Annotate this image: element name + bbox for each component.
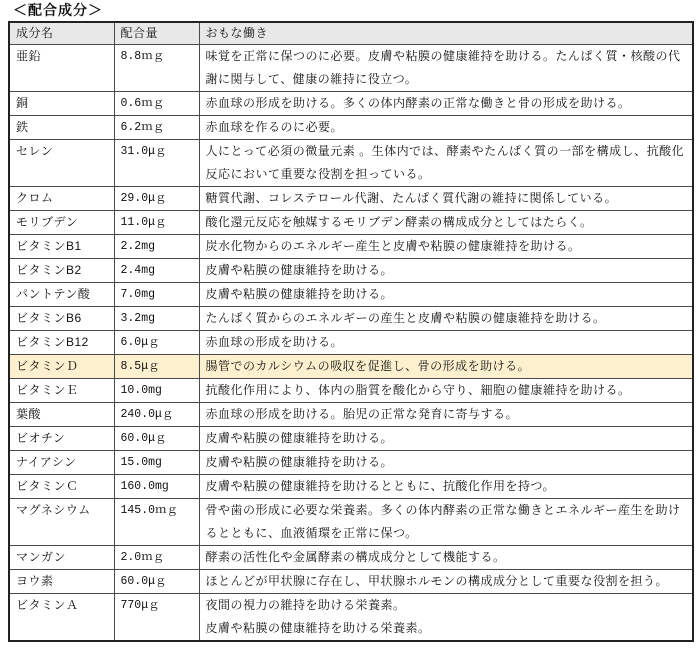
ingredient-name: 銅 (9, 92, 114, 116)
ingredient-function: 味覚を正常に保つのに必要。皮膚や粘膜の健康維持を助ける。たんぱく質・核酸の代謝に… (199, 45, 693, 92)
ingredient-name: 亜鉛 (9, 45, 114, 92)
table-row: マンガン 2.0ｍｇ 酵素の活性化や金属酵素の構成成分として機能する。 (9, 546, 693, 570)
ingredient-name: パントテン酸 (9, 283, 114, 307)
ingredient-name: クロム (9, 187, 114, 211)
ingredient-function: 酸化還元反応を触媒するモリブデン酵素の構成成分としてはたらく。 (199, 211, 693, 235)
ingredient-name: モリブデン (9, 211, 114, 235)
ingredient-amount: 6.2ｍｇ (114, 116, 199, 140)
ingredient-amount: 8.5μｇ (114, 355, 199, 379)
ingredient-amount: 6.0μｇ (114, 331, 199, 355)
table-row: セレン 31.0μｇ 人にとって必須の微量元素 。生体内では、酵素やたんぱく質の… (9, 140, 693, 187)
table-row: ビタミンＥ 10.0mg 抗酸化作用により、体内の脂質を酸化から守り、細胞の健康… (9, 379, 693, 403)
table-row: ビタミンＤ 8.5μｇ 腸管でのカルシウムの吸収を促進し、骨の形成を助ける。 (9, 355, 693, 379)
ingredient-amount: 11.0μｇ (114, 211, 199, 235)
ingredient-amount: 31.0μｇ (114, 140, 199, 187)
table-row: パントテン酸 7.0mg 皮膚や粘膜の健康維持を助ける。 (9, 283, 693, 307)
col-header-amount: 配合量 (114, 22, 199, 45)
col-header-ingredient-name: 成分名 (9, 22, 114, 45)
ingredient-name: ヨウ素 (9, 570, 114, 594)
ingredient-function: 骨や歯の形成に必要な栄養素。多くの体内酵素の正常な働きとエネルギー産生を助けると… (199, 499, 693, 546)
ingredient-amount: 3.2mg (114, 307, 199, 331)
ingredient-function: 糖質代謝、コレステロール代謝、たんぱく質代謝の維持に関係している。 (199, 187, 693, 211)
ingredient-name: ビタミンB6 (9, 307, 114, 331)
ingredient-name: マンガン (9, 546, 114, 570)
ingredient-name: ビタミンＣ (9, 475, 114, 499)
table-row: 鉄 6.2ｍｇ 赤血球を作るのに必要。 (9, 116, 693, 140)
ingredient-function: 皮膚や粘膜の健康維持を助ける。 (199, 259, 693, 283)
ingredient-function: ほとんどが甲状腺に存在し、甲状腺ホルモンの構成成分として重要な役割を担う。 (199, 570, 693, 594)
ingredient-function: 抗酸化作用により、体内の脂質を酸化から守り、細胞の健康維持を助ける。 (199, 379, 693, 403)
ingredient-amount: 2.0ｍｇ (114, 546, 199, 570)
table-header-row: 成分名 配合量 おもな働き (9, 22, 693, 45)
ingredient-name: ビタミンB2 (9, 259, 114, 283)
ingredient-function: 皮膚や粘膜の健康維持を助けるとともに、抗酸化作用を持つ。 (199, 475, 693, 499)
ingredient-amount: 2.4mg (114, 259, 199, 283)
table-row: モリブデン 11.0μｇ 酸化還元反応を触媒するモリブデン酵素の構成成分としては… (9, 211, 693, 235)
ingredient-function: 皮膚や粘膜の健康維持を助ける。 (199, 283, 693, 307)
ingredient-function: 炭水化物からのエネルギー産生と皮膚や粘膜の健康維持を助ける。 (199, 235, 693, 259)
ingredient-name: 葉酸 (9, 403, 114, 427)
ingredient-amount: 15.0mg (114, 451, 199, 475)
table-row: ビオチン 60.0μｇ 皮膚や粘膜の健康維持を助ける。 (9, 427, 693, 451)
table-body: 亜鉛 8.8ｍｇ 味覚を正常に保つのに必要。皮膚や粘膜の健康維持を助ける。たんぱ… (9, 45, 693, 642)
ingredient-amount: 8.8ｍｇ (114, 45, 199, 92)
ingredient-amount: 145.0ｍｇ (114, 499, 199, 546)
ingredient-name: ビタミンＤ (9, 355, 114, 379)
ingredient-name: マグネシウム (9, 499, 114, 546)
ingredient-function: 夜間の視力の維持を助ける栄養素。 皮膚や粘膜の健康維持を助ける栄養素。 (199, 594, 693, 642)
ingredient-function: 腸管でのカルシウムの吸収を促進し、骨の形成を助ける。 (199, 355, 693, 379)
ingredient-name: ビタミンB12 (9, 331, 114, 355)
ingredient-amount: 29.0μｇ (114, 187, 199, 211)
ingredient-function: 赤血球の形成を助ける。多くの体内酵素の正常な働きと骨の形成を助ける。 (199, 92, 693, 116)
ingredient-name: ビタミンＥ (9, 379, 114, 403)
ingredient-amount: 770μｇ (114, 594, 199, 642)
ingredient-amount: 2.2mg (114, 235, 199, 259)
ingredient-amount: 240.0μｇ (114, 403, 199, 427)
ingredient-function: 皮膚や粘膜の健康維持を助ける。 (199, 451, 693, 475)
ingredient-function: たんぱく質からのエネルギーの産生と皮膚や粘膜の健康維持を助ける。 (199, 307, 693, 331)
ingredient-amount: 0.6ｍｇ (114, 92, 199, 116)
table-row: ナイアシン 15.0mg 皮膚や粘膜の健康維持を助ける。 (9, 451, 693, 475)
table-row: ビタミンＣ 160.0mg 皮膚や粘膜の健康維持を助けるとともに、抗酸化作用を持… (9, 475, 693, 499)
ingredient-function: 赤血球の形成を助ける。胎児の正常な発育に寄与する。 (199, 403, 693, 427)
page-title: ＜配合成分＞ (13, 2, 700, 18)
ingredient-name: ビタミンＡ (9, 594, 114, 642)
document-page: ＜配合成分＞ 成分名 配合量 おもな働き 亜鉛 8.8ｍｇ 味覚を正常に保つのに… (0, 0, 700, 654)
table-row: ヨウ素 60.0μｇ ほとんどが甲状腺に存在し、甲状腺ホルモンの構成成分として重… (9, 570, 693, 594)
table-row: ビタミンB6 3.2mg たんぱく質からのエネルギーの産生と皮膚や粘膜の健康維持… (9, 307, 693, 331)
table-row: ビタミンB2 2.4mg 皮膚や粘膜の健康維持を助ける。 (9, 259, 693, 283)
ingredient-name: ビオチン (9, 427, 114, 451)
table-row: ビタミンB1 2.2mg 炭水化物からのエネルギー産生と皮膚や粘膜の健康維持を助… (9, 235, 693, 259)
table-row: クロム 29.0μｇ 糖質代謝、コレステロール代謝、たんぱく質代謝の維持に関係し… (9, 187, 693, 211)
ingredient-amount: 7.0mg (114, 283, 199, 307)
table-row: 銅 0.6ｍｇ 赤血球の形成を助ける。多くの体内酵素の正常な働きと骨の形成を助け… (9, 92, 693, 116)
ingredient-name: ビタミンB1 (9, 235, 114, 259)
ingredient-function: 酵素の活性化や金属酵素の構成成分として機能する。 (199, 546, 693, 570)
ingredient-amount: 60.0μｇ (114, 570, 199, 594)
ingredient-name: ナイアシン (9, 451, 114, 475)
ingredient-function: 人にとって必須の微量元素 。生体内では、酵素やたんぱく質の一部を構成し、抗酸化反… (199, 140, 693, 187)
table-row: 亜鉛 8.8ｍｇ 味覚を正常に保つのに必要。皮膚や粘膜の健康維持を助ける。たんぱ… (9, 45, 693, 92)
table-row: ビタミンB12 6.0μｇ 赤血球の形成を助ける。 (9, 331, 693, 355)
col-header-function: おもな働き (199, 22, 693, 45)
ingredient-function: 赤血球の形成を助ける。 (199, 331, 693, 355)
ingredient-amount: 60.0μｇ (114, 427, 199, 451)
table-row: ビタミンＡ 770μｇ 夜間の視力の維持を助ける栄養素。 皮膚や粘膜の健康維持を… (9, 594, 693, 642)
ingredient-amount: 160.0mg (114, 475, 199, 499)
table-row: 葉酸 240.0μｇ 赤血球の形成を助ける。胎児の正常な発育に寄与する。 (9, 403, 693, 427)
ingredient-function: 赤血球を作るのに必要。 (199, 116, 693, 140)
table-row: マグネシウム 145.0ｍｇ 骨や歯の形成に必要な栄養素。多くの体内酵素の正常な… (9, 499, 693, 546)
ingredient-function: 皮膚や粘膜の健康維持を助ける。 (199, 427, 693, 451)
ingredient-amount: 10.0mg (114, 379, 199, 403)
ingredient-name: セレン (9, 140, 114, 187)
ingredients-table: 成分名 配合量 おもな働き 亜鉛 8.8ｍｇ 味覚を正常に保つのに必要。皮膚や粘… (8, 21, 694, 642)
ingredient-name: 鉄 (9, 116, 114, 140)
